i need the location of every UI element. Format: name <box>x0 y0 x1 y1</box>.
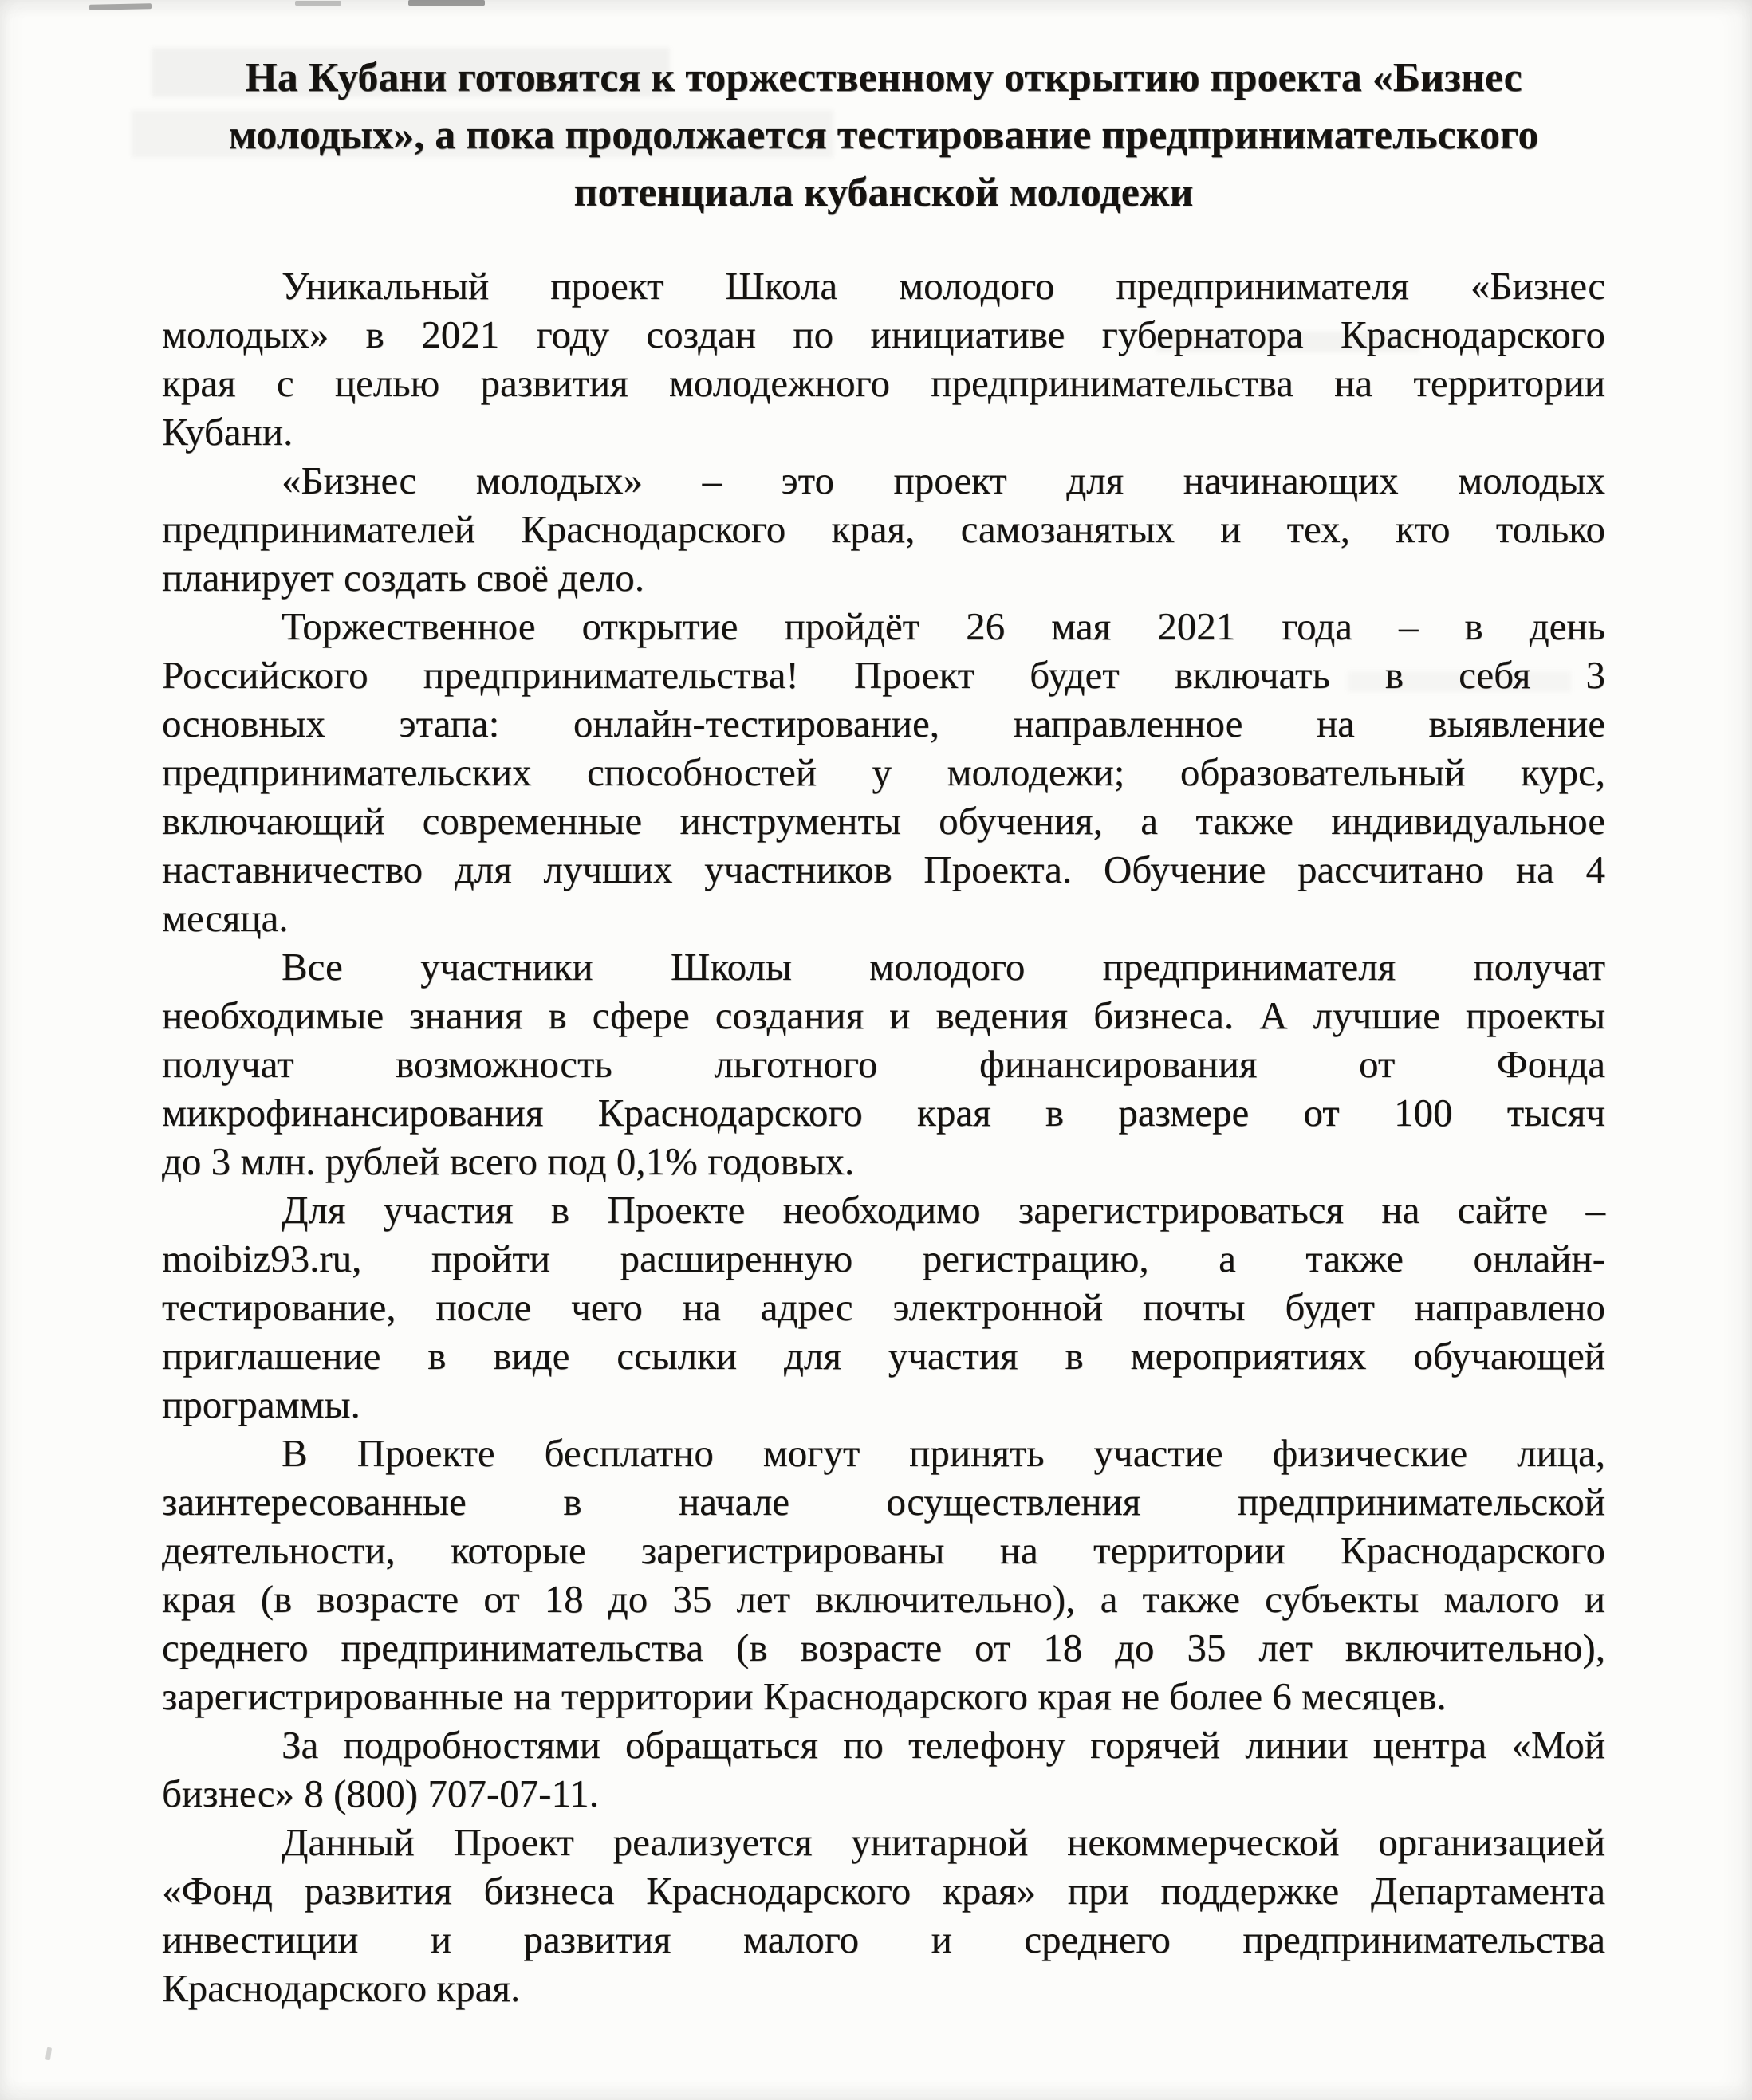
paragraph-line: Торжественное открытие пройдёт 26 мая 20… <box>162 602 1605 651</box>
paragraph-line: бизнес» 8 (800) 707-07-11. <box>162 1769 1605 1818</box>
paragraph-line: Краснодарского края. <box>162 1964 1605 2012</box>
paragraph: В Проекте бесплатно могут принять участи… <box>162 1429 1605 1721</box>
paragraph-line: приглашение в виде ссылки для участия в … <box>162 1331 1605 1380</box>
paragraph-line: месяца. <box>162 894 1605 942</box>
paragraph-line: Все участники Школы молодого предпринима… <box>162 942 1605 991</box>
paragraph-line: зарегистрированные на территории Краснод… <box>162 1672 1605 1721</box>
paragraph-line: микрофинансирования Краснодарского края … <box>162 1088 1605 1137</box>
paragraph-line: «Фонд развития бизнеса Краснодарского кр… <box>162 1866 1605 1915</box>
paragraph: Все участники Школы молодого предпринима… <box>162 942 1605 1186</box>
paragraph-line: деятельности, которые зарегистрированы н… <box>162 1526 1605 1575</box>
document-title-line: На Кубани готовятся к торжественному отк… <box>162 49 1605 107</box>
paragraph-line: Данный Проект реализуется унитарной неко… <box>162 1818 1605 1866</box>
document-body: Уникальный проект Школа молодого предпри… <box>162 262 1605 2012</box>
paragraph-line: Кубани. <box>162 407 1605 456</box>
document-title-line: потенциала кубанской молодежи <box>162 164 1605 222</box>
paragraph-line: получат возможность льготного финансиров… <box>162 1040 1605 1088</box>
document-page: На Кубани готовятся к торжественному отк… <box>0 0 1752 2100</box>
paragraph: За подробностями обращаться по телефону … <box>162 1721 1605 1818</box>
paragraph-line: планирует создать своё дело. <box>162 553 1605 602</box>
paragraph-line: основных этапа: онлайн-тестирование, нап… <box>162 699 1605 748</box>
paragraph: «Бизнес молодых» – это проект для начина… <box>162 456 1605 602</box>
paragraph-line: инвестиции и развития малого и среднего … <box>162 1915 1605 1964</box>
paragraph-line: В Проекте бесплатно могут принять участи… <box>162 1429 1605 1477</box>
paragraph-line: до 3 млн. рублей всего под 0,1% годовых. <box>162 1137 1605 1186</box>
paragraph: Уникальный проект Школа молодого предпри… <box>162 262 1605 456</box>
paragraph-line: необходимые знания в сфере создания и ве… <box>162 991 1605 1040</box>
paragraph-line: тестирование, после чего на адрес электр… <box>162 1283 1605 1331</box>
document-title-line: молодых», а пока продолжается тестирован… <box>162 107 1605 164</box>
scan-artifact-top-dash-1 <box>89 3 152 10</box>
paragraph-line: программы. <box>162 1380 1605 1429</box>
paragraph-line: Для участия в Проекте необходимо зарегис… <box>162 1186 1605 1234</box>
paragraph: Данный Проект реализуется унитарной неко… <box>162 1818 1605 2012</box>
paragraph-line: «Бизнес молодых» – это проект для начина… <box>162 456 1605 505</box>
document-content: На Кубани готовятся к торжественному отк… <box>162 0 1605 2012</box>
paragraph: Торжественное открытие пройдёт 26 мая 20… <box>162 602 1605 942</box>
paragraph-line: молодых» в 2021 году создан по инициатив… <box>162 310 1605 359</box>
paragraph-line: края (в возрасте от 18 до 35 лет включит… <box>162 1575 1605 1623</box>
paragraph: Для участия в Проекте необходимо зарегис… <box>162 1186 1605 1429</box>
paragraph-line: За подробностями обращаться по телефону … <box>162 1721 1605 1769</box>
paragraph-line: Уникальный проект Школа молодого предпри… <box>162 262 1605 310</box>
paragraph-line: края с целью развития молодежного предпр… <box>162 359 1605 407</box>
paragraph-line: заинтересованные в начале осуществления … <box>162 1477 1605 1526</box>
scan-artifact-bottom-speck <box>45 2047 52 2061</box>
paragraph-line: наставничество для лучших участников Про… <box>162 845 1605 894</box>
document-title: На Кубани готовятся к торжественному отк… <box>162 0 1605 222</box>
paragraph-line: moibiz93.ru, пройти расширенную регистра… <box>162 1234 1605 1283</box>
paragraph-line: среднего предпринимательства (в возрасте… <box>162 1623 1605 1672</box>
paragraph-line: Российского предпринимательства! Проект … <box>162 651 1605 699</box>
paragraph-line: включающий современные инструменты обуче… <box>162 796 1605 845</box>
paragraph-line: предпринимательских способностей у молод… <box>162 748 1605 796</box>
paragraph-line: предпринимателей Краснодарского края, са… <box>162 505 1605 553</box>
